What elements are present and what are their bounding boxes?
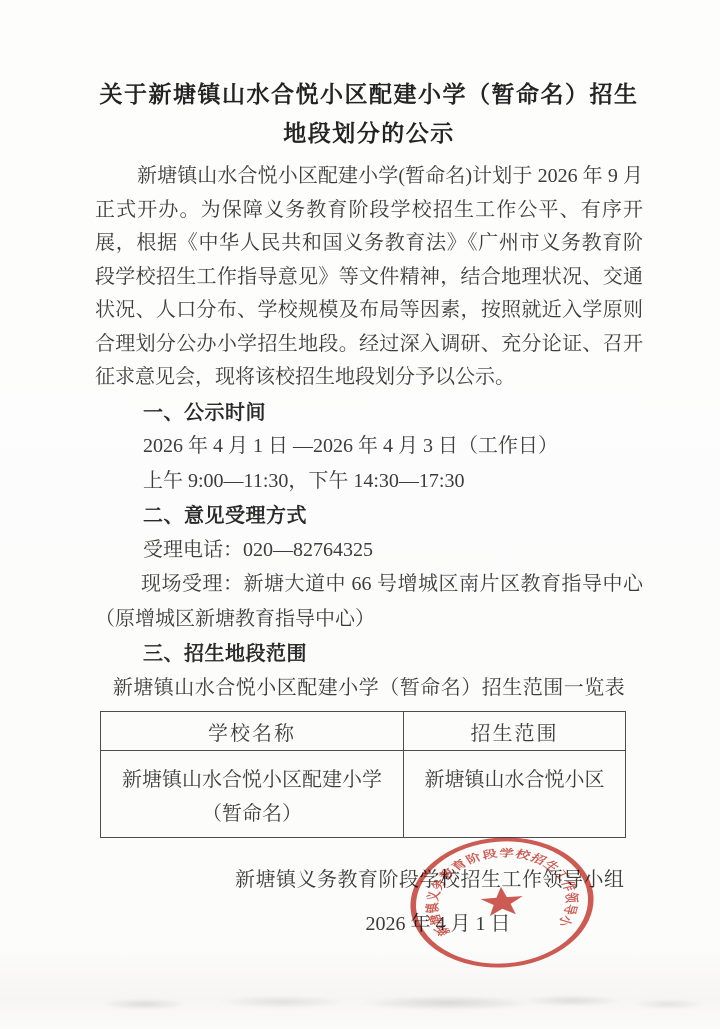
table-header-row: 学校名称 招生范围 (101, 712, 626, 751)
publicity-hours: 上午 9:00—11:30，下午 14:30—17:30 (95, 464, 643, 499)
scan-artifact-smudge (20, 992, 710, 1014)
school-name-line-2: （暂命名） (101, 797, 403, 831)
feedback-phone-line: 受理电话：020—82764325 (95, 533, 643, 568)
scanned-notice-page: 关于新塘镇山水合悦小区配建小学（暂命名）招生 地段划分的公示 新塘镇山水合悦小区… (0, 0, 720, 1029)
section-3-heading: 三、招生地段范围 (95, 636, 643, 671)
feedback-onsite-line: 现场受理：新塘大道中 66 号增城区南片区教育指导中心（原增城区新塘教育指导中心… (95, 567, 643, 636)
table-header-school-name: 学校名称 (101, 712, 404, 751)
official-red-seal: 新塘镇义务教育阶段学校招生工作领导小组 (396, 824, 607, 981)
school-name-line-1: 新塘镇山水合悦小区配建小学 (101, 763, 403, 797)
range-table-caption: 新塘镇山水合悦小区配建小学（暂命名）招生范围一览表 (95, 671, 643, 706)
publicity-date-range: 2026 年 4 月 1 日 —2026 年 4 月 3 日（工作日） (95, 429, 643, 464)
table-cell-school-name: 新塘镇山水合悦小区配建小学 （暂命名） (101, 751, 404, 838)
document-title: 关于新塘镇山水合悦小区配建小学（暂命名）招生 地段划分的公示 (95, 76, 643, 154)
enrollment-range-table: 学校名称 招生范围 新塘镇山水合悦小区配建小学 （暂命名） 新塘镇山水合悦小区 (100, 711, 626, 838)
intro-paragraph: 新塘镇山水合悦小区配建小学(暂命名)计划于 2026 年 9 月正式开办。为保障… (95, 160, 643, 395)
table-cell-enrollment-range: 新塘镇山水合悦小区 (404, 751, 626, 838)
table-row: 新塘镇山水合悦小区配建小学 （暂命名） 新塘镇山水合悦小区 (101, 751, 626, 838)
signature-date: 2026 年 4 月 1 日 (358, 907, 518, 936)
signature-organization: 新塘镇义务教育阶段学校招生工作领导小组 (235, 863, 620, 892)
document-content: 关于新塘镇山水合悦小区配建小学（暂命名）招生 地段划分的公示 新塘镇山水合悦小区… (95, 0, 643, 838)
seal-graphic: 新塘镇义务教育阶段学校招生工作领导小组 (396, 824, 607, 981)
seal-rim-circle (409, 834, 595, 972)
section-1-heading: 一、公示时间 (95, 395, 643, 430)
table-header-enrollment-range: 招生范围 (404, 712, 626, 751)
document-title-line-1: 关于新塘镇山水合悦小区配建小学（暂命名）招生 (95, 76, 643, 115)
document-title-line-2: 地段划分的公示 (95, 115, 643, 154)
section-2-heading: 二、意见受理方式 (95, 498, 643, 533)
